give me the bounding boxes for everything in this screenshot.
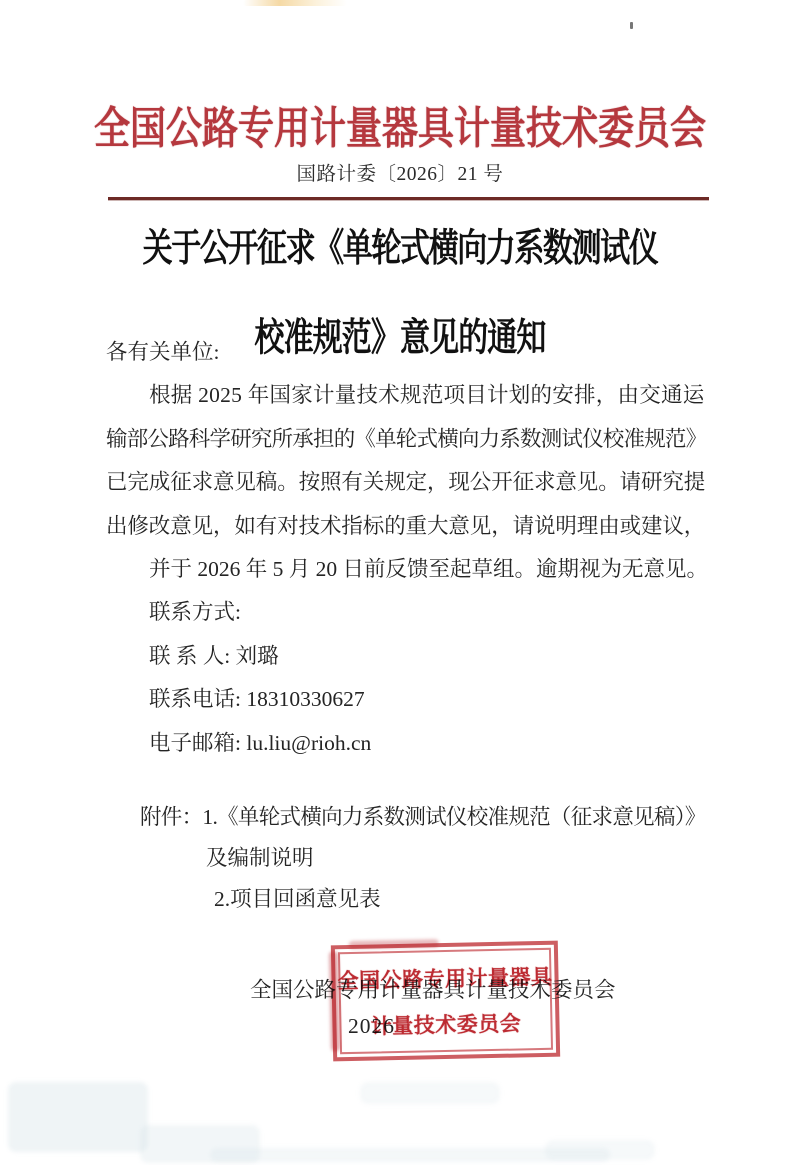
document-body: 各有关单位: 根据 2025 年国家计量技术规范项目计划的安排，由交通运 输部公… [106, 331, 708, 765]
body-line: 已完成征求意见稿。按照有关规定，现公开征求意见。请研究提 [106, 461, 708, 504]
attachment-line: 及编制说明 [106, 838, 746, 879]
scan-artifact-blot [360, 1082, 500, 1104]
letterhead-divider-line [108, 197, 709, 200]
scan-artifact-blot [545, 1140, 655, 1160]
document-title-line1: 关于公开征求《单轮式横向力系数测试仪 [0, 216, 800, 272]
committee-letterhead: 全国公路专用计量器具计量技术委员会 [0, 94, 800, 156]
body-line: 输部公路科学研究所承担的《单轮式横向力系数测试仪校准规范》 [106, 418, 708, 461]
contact-phone: 联系电话: 18310330627 [106, 678, 708, 721]
document-number: 国路计委〔2026〕21 号 [0, 158, 800, 186]
scan-artifact-blot [8, 1082, 148, 1152]
contact-email: 电子邮箱: lu.liu@rioh.cn [106, 722, 708, 765]
document-page: 全国公路专用计量器具计量技术委员会 国路计委〔2026〕21 号 关于公开征求《… [0, 0, 800, 1165]
official-seal: 全国公路专用计量器具 计量技术委员会 [331, 941, 560, 1062]
body-line: 根据 2025 年国家计量技术规范项目计划的安排，由交通运 [106, 374, 708, 417]
scan-artifact-smudge [243, 0, 347, 6]
attachments-section: 附件：1.《单轮式横向力系数测试仪校准规范（征求意见稿）》 及编制说明 2.项目… [106, 797, 746, 920]
scan-artifact-speck [630, 22, 633, 29]
body-line: 并于 2026 年 5 月 20 日前反馈至起草组。逾期视为无意见。 [106, 548, 708, 591]
official-seal-text-line2: 计量技术委员会 [332, 1007, 560, 1042]
attachment-line: 附件：1.《单轮式横向力系数测试仪校准规范（征求意见稿）》 [106, 797, 746, 838]
body-line: 出修改意见，如有对技术指标的重大意见，请说明理由或建议， [106, 505, 708, 548]
official-seal-text-line1: 全国公路专用计量器具 [331, 961, 559, 996]
body-line-salutation: 各有关单位: [106, 331, 708, 374]
contact-person: 联 系 人: 刘璐 [106, 635, 708, 678]
contact-heading: 联系方式: [106, 591, 708, 634]
attachment-line: 2.项目回函意见表 [106, 879, 746, 920]
